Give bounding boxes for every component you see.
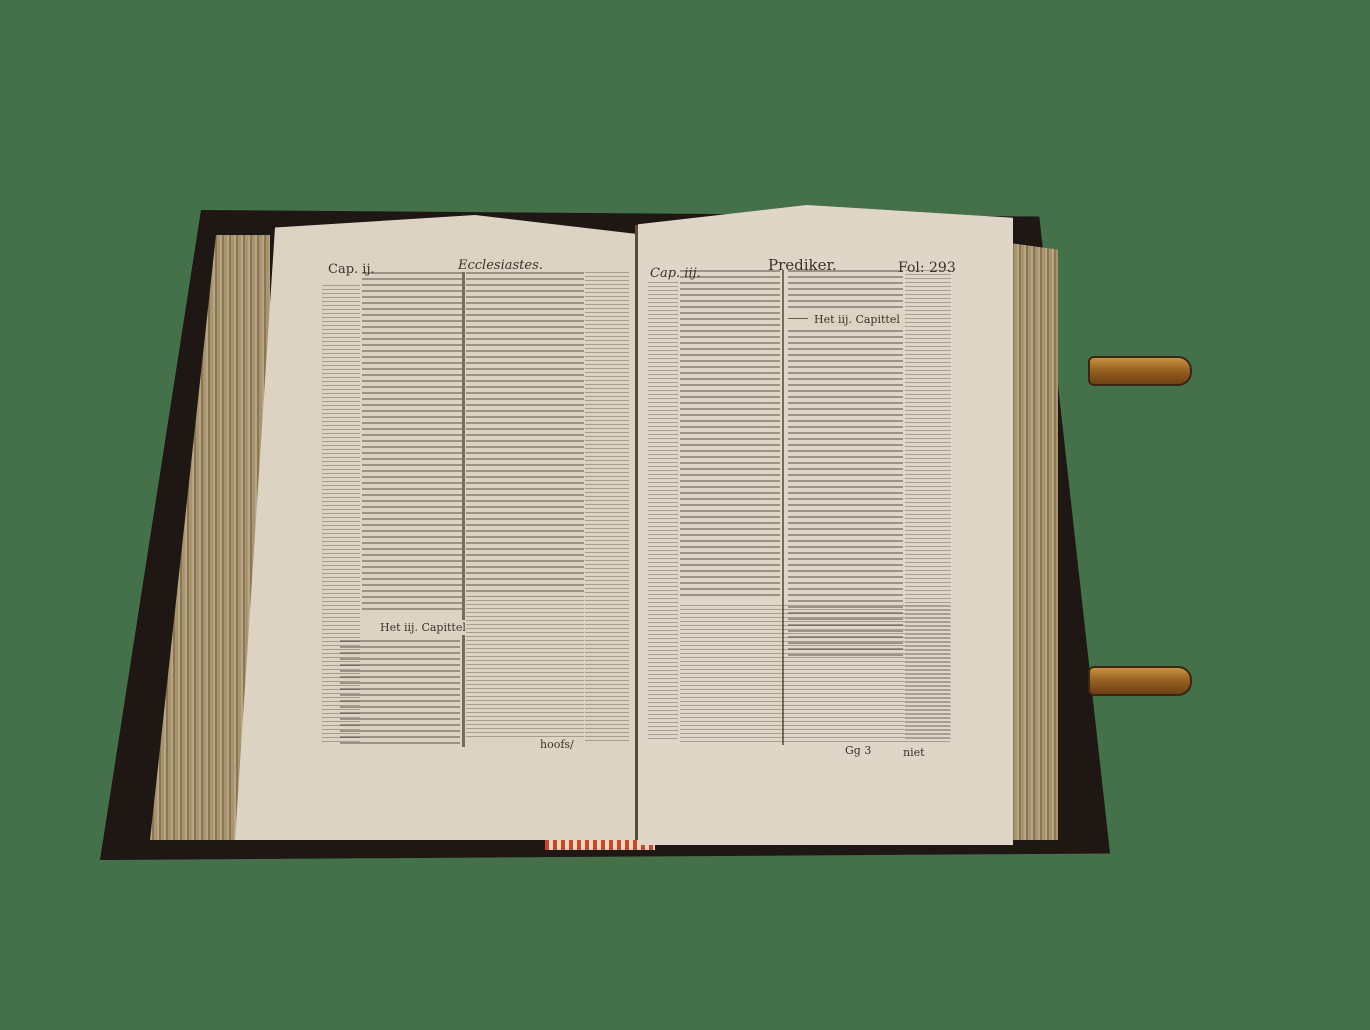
right-inner-margin: [648, 282, 678, 742]
right-section-heading: Het iij. Capittel: [808, 312, 906, 327]
book-gutter: [635, 225, 638, 840]
left-outer-margin-notes: [585, 272, 629, 742]
upper-clasp: [1088, 356, 1192, 386]
left-text-column-3: [340, 640, 460, 745]
lower-clasp: [1088, 666, 1192, 696]
photo-scene: Cap. ij. Ecclesiastes. Het iij. Capittel…: [0, 0, 1370, 1030]
column-divider: [462, 272, 465, 747]
signature-mark: Gg 3: [845, 744, 871, 757]
left-catchword: hoofs/: [540, 738, 574, 751]
right-text-column-1: [680, 270, 780, 600]
left-running-title: Ecclesiastes.: [458, 258, 543, 273]
right-footnotes: [680, 605, 950, 745]
right-text-column-2: [788, 270, 903, 310]
left-text-column-2: [466, 272, 584, 597]
left-text-column-1: [362, 272, 462, 612]
right-catchword: niet: [903, 746, 925, 759]
left-section-heading: Het iij. Capittel: [374, 620, 472, 635]
left-footnotes: [466, 600, 584, 740]
